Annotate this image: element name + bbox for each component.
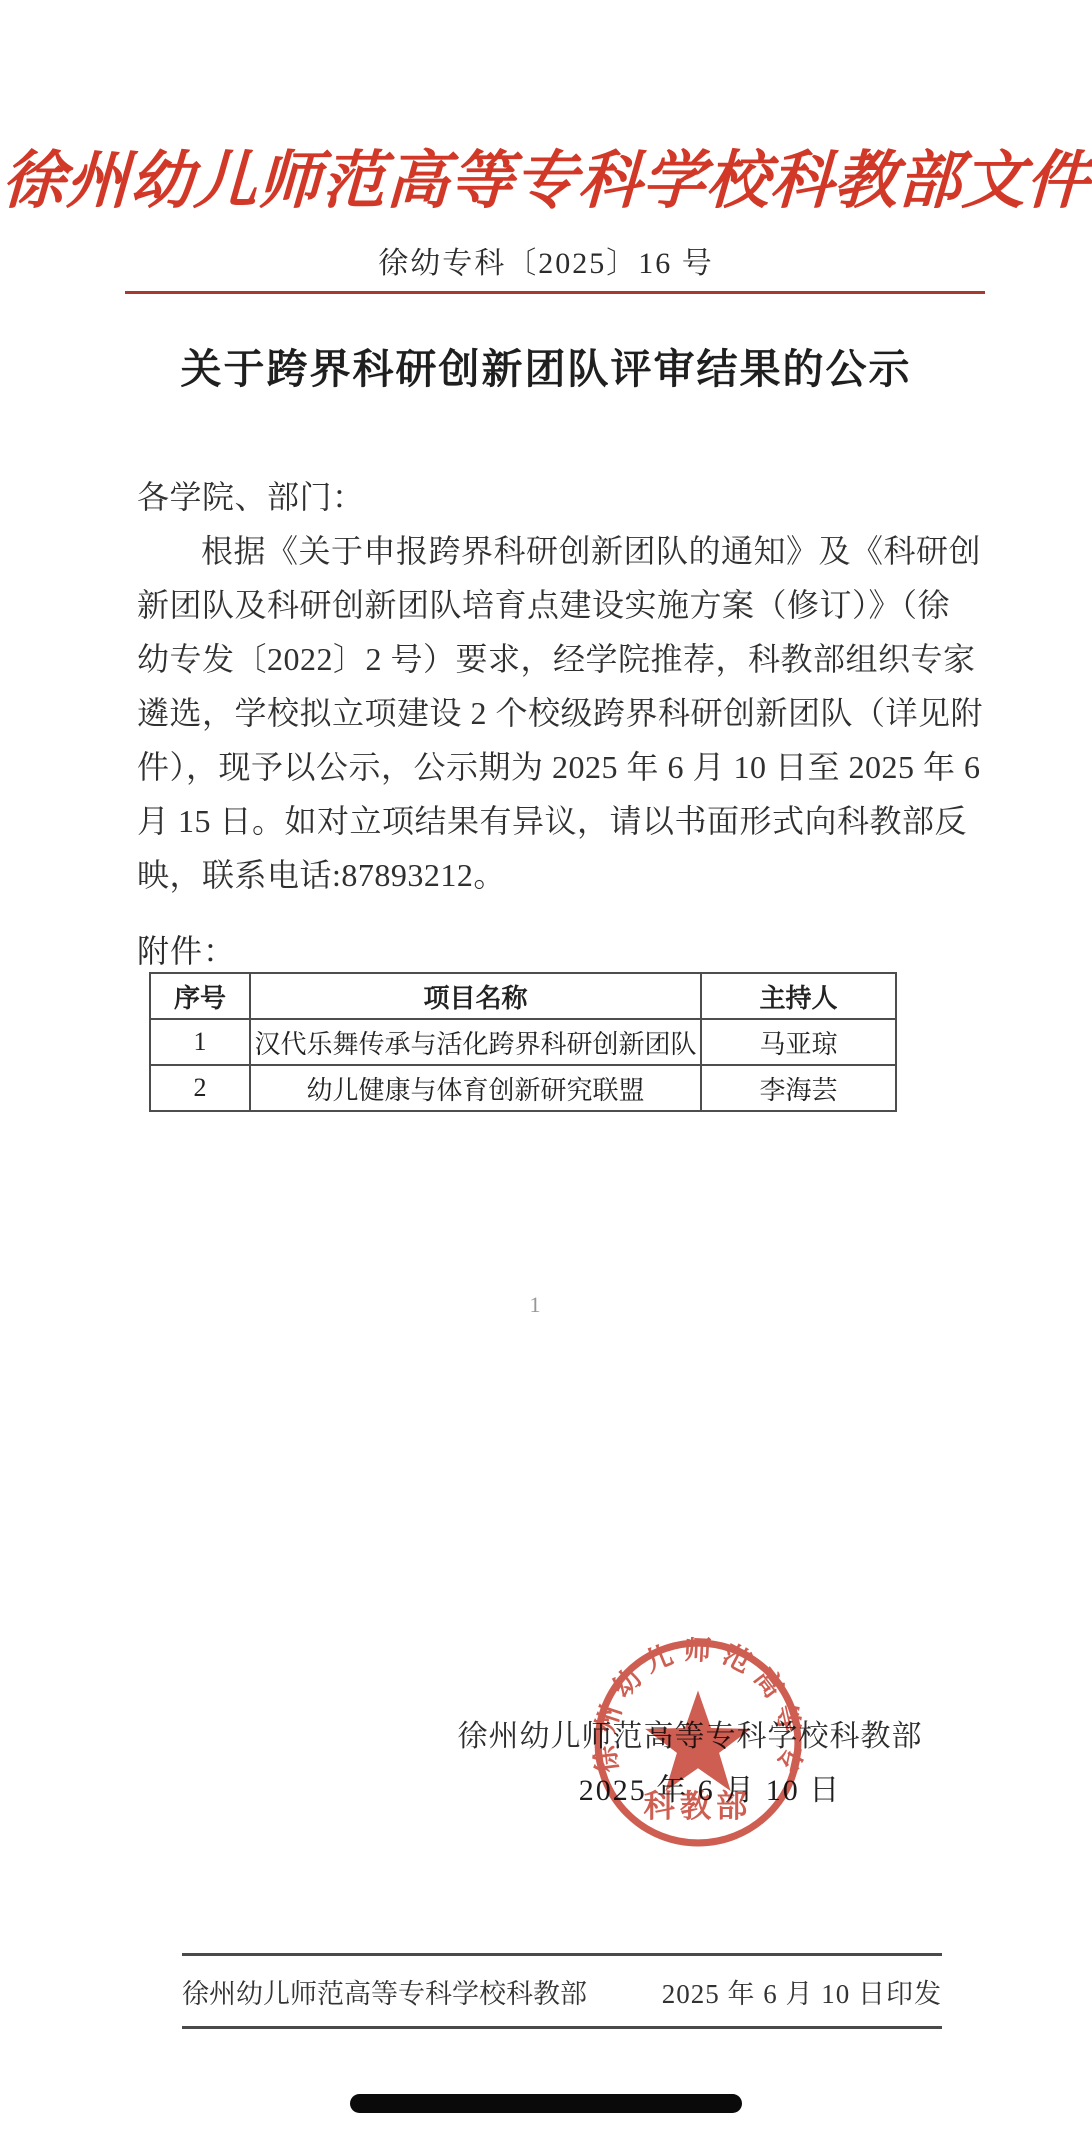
body-line: 新团队及科研创新团队培育点建设实施方案（修订）》（徐 xyxy=(137,578,959,632)
seal-star xyxy=(645,1691,751,1791)
cell-leader: 李海芸 xyxy=(701,1065,896,1111)
body-line: 幼专发〔2022〕2 号）要求，经学院推荐，科教部组织专家 xyxy=(137,632,959,686)
cell-leader: 马亚琼 xyxy=(701,1019,896,1065)
table-row: 1 汉代乐舞传承与活化跨界科研创新团队 马亚琼 xyxy=(150,1019,896,1065)
footer-bottom-rule xyxy=(182,2026,942,2029)
body-line: 根据《关于申报跨界科研创新团队的通知》及《科研创 xyxy=(137,524,959,578)
home-indicator-bar xyxy=(350,2094,742,2113)
body-line: 遴选，学校拟立项建设 2 个校级跨界科研创新团队（详见附 xyxy=(137,686,959,740)
col-header-index: 序号 xyxy=(150,973,250,1019)
col-header-leader: 主持人 xyxy=(701,973,896,1019)
results-table: 序号 项目名称 主持人 1 汉代乐舞传承与活化跨界科研创新团队 马亚琼 2 幼儿… xyxy=(149,972,897,1112)
table-header-row: 序号 项目名称 主持人 xyxy=(150,973,896,1019)
cell-index: 2 xyxy=(150,1065,250,1111)
footer-print-date: 2025 年 6 月 10 日印发 xyxy=(662,1972,942,2011)
document-title: 关于跨界科研创新团队评审结果的公示 xyxy=(0,336,1092,395)
body-line: 月 15 日。如对立项结果有异议，请以书面形式向科教部反 xyxy=(137,794,959,848)
document-number: 徐幼专科〔2025〕16 号 xyxy=(0,238,1092,282)
letterhead-title: 徐州幼儿师范高等专科学校科教部文件 xyxy=(0,138,1092,224)
salutation: 各学院、部门： xyxy=(137,470,959,524)
red-divider-rule xyxy=(125,291,985,294)
cell-project: 幼儿健康与体育创新研究联盟 xyxy=(250,1065,701,1111)
body-line: 映，联系电话:87893212。 xyxy=(137,848,959,902)
col-header-project: 项目名称 xyxy=(250,973,701,1019)
footer-issuer: 徐州幼儿师范高等专科学校科教部 xyxy=(182,1972,587,2011)
cell-index: 1 xyxy=(150,1019,250,1065)
cell-project: 汉代乐舞传承与活化跨界科研创新团队 xyxy=(250,1019,701,1065)
seal-center-text: 科教部 xyxy=(644,1788,753,1824)
page-number: 1 xyxy=(505,1292,565,1318)
table-row: 2 幼儿健康与体育创新研究联盟 李海芸 xyxy=(150,1065,896,1111)
document-body: 各学院、部门： 根据《关于申报跨界科研创新团队的通知》及《科研创 新团队及科研创… xyxy=(137,470,959,902)
official-seal-stamp: 徐州幼儿师范高等专科学校 科教部 xyxy=(592,1637,804,1849)
body-line: 件），现予以公示，公示期为 2025 年 6 月 10 日至 2025 年 6 xyxy=(137,740,959,794)
footer-top-rule xyxy=(182,1953,942,1956)
attachment-label: 附件： xyxy=(137,926,236,972)
footer: 徐州幼儿师范高等专科学校科教部 2025 年 6 月 10 日印发 xyxy=(182,1968,942,2014)
